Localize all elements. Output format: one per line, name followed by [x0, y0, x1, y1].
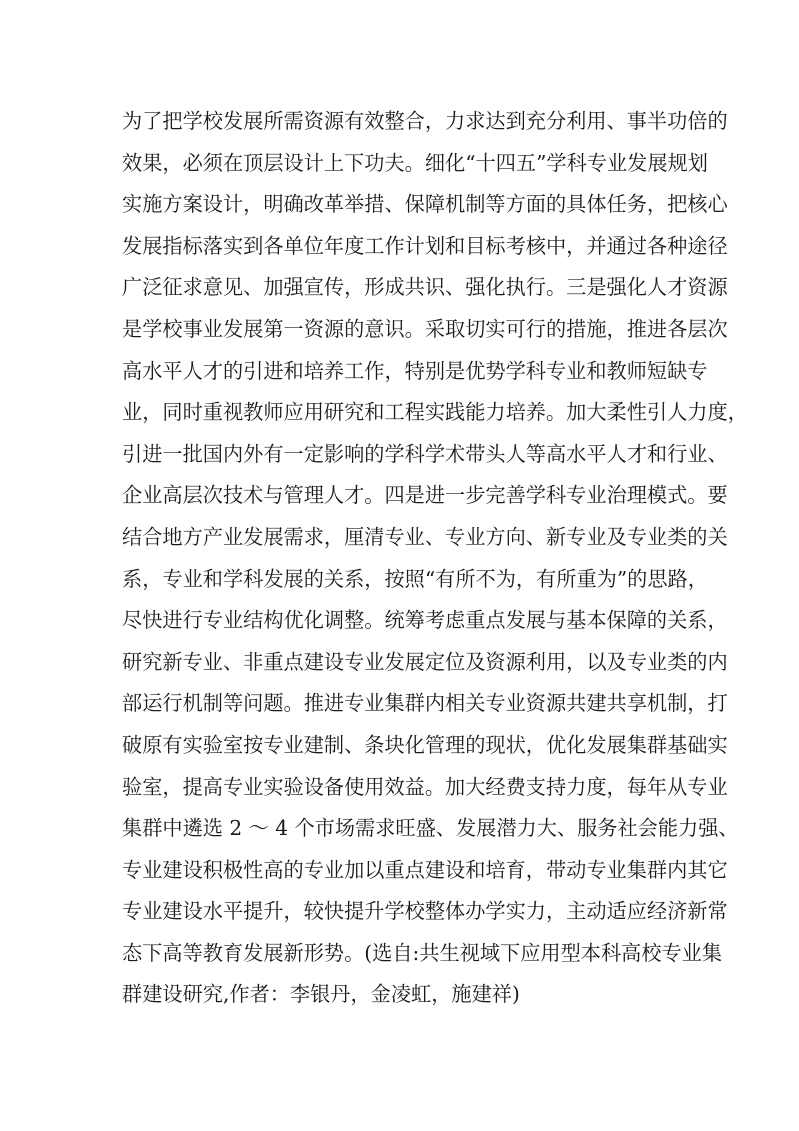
paragraph-line: 实施方案设计，明确改革举措、保障机制等方面的具体任务，把核心 — [122, 189, 679, 231]
paragraph-line: 结合地方产业发展需求，厘清专业、专业方向、新专业及专业类的关 — [122, 522, 679, 564]
paragraph-line: 部运行机制等问题。推进专业集群内相关专业资源共建共享机制，打 — [122, 688, 679, 730]
paragraph-line: 系，专业和学科发展的关系，按照“有所不为，有所重为”的思路， — [122, 564, 679, 606]
paragraph-line: 态下高等教育发展新形势。(选自:共生视域下应用型本科高校专业集 — [122, 938, 679, 980]
paragraph-line: 广泛征求意见、加强宣传，形成共识、强化执行。三是强化人才资源 — [122, 272, 679, 314]
paragraph-line: 效果，必须在顶层设计上下功夫。细化“十四五”学科专业发展规划 — [122, 148, 679, 190]
paragraph-line: 引进一批国内外有一定影响的学科学术带头人等高水平人才和行业、 — [122, 439, 679, 481]
paragraph-line: 专业建设水平提升，较快提升学校整体办学实力，主动适应经济新常 — [122, 896, 679, 938]
paragraph-line: 为了把学校发展所需资源有效整合，力求达到充分利用、事半功倍的 — [122, 106, 679, 148]
paragraph-line: 是学校事业发展第一资源的意识。采取切实可行的措施，推进各层次 — [122, 314, 679, 356]
paragraph-line: 验室，提高专业实验设备使用效益。加大经费支持力度，每年从专业 — [122, 772, 679, 814]
paragraph-line: 集群中遴选 2 ～ 4 个市场需求旺盛、发展潜力大、服务社会能力强、 — [122, 813, 679, 855]
paragraph-line: 业，同时重视教师应用研究和工程实践能力培养。加大柔性引人力度， — [122, 397, 679, 439]
body-paragraph: 为了把学校发展所需资源有效整合，力求达到充分利用、事半功倍的 效果，必须在顶层设… — [122, 106, 679, 1021]
paragraph-line: 破原有实验室按专业建制、条块化管理的现状，优化发展集群基础实 — [122, 730, 679, 772]
citation-line: 群建设研究,作者：李银丹，金凌虹，施建祥) — [122, 979, 679, 1021]
paragraph-line: 企业高层次技术与管理人才。四是进一步完善学科专业治理模式。要 — [122, 480, 679, 522]
paragraph-line: 发展指标落实到各单位年度工作计划和目标考核中，并通过各种途径 — [122, 231, 679, 273]
paragraph-line: 高水平人才的引进和培养工作，特别是优势学科专业和教师短缺专 — [122, 356, 679, 398]
document-page: 为了把学校发展所需资源有效整合，力求达到充分利用、事半功倍的 效果，必须在顶层设… — [0, 0, 799, 1131]
paragraph-line: 研究新专业、非重点建设专业发展定位及资源利用，以及专业类的内 — [122, 647, 679, 689]
paragraph-line: 专业建设积极性高的专业加以重点建设和培育，带动专业集群内其它 — [122, 855, 679, 897]
paragraph-line: 尽快进行专业结构优化调整。统筹考虑重点发展与基本保障的关系， — [122, 605, 679, 647]
